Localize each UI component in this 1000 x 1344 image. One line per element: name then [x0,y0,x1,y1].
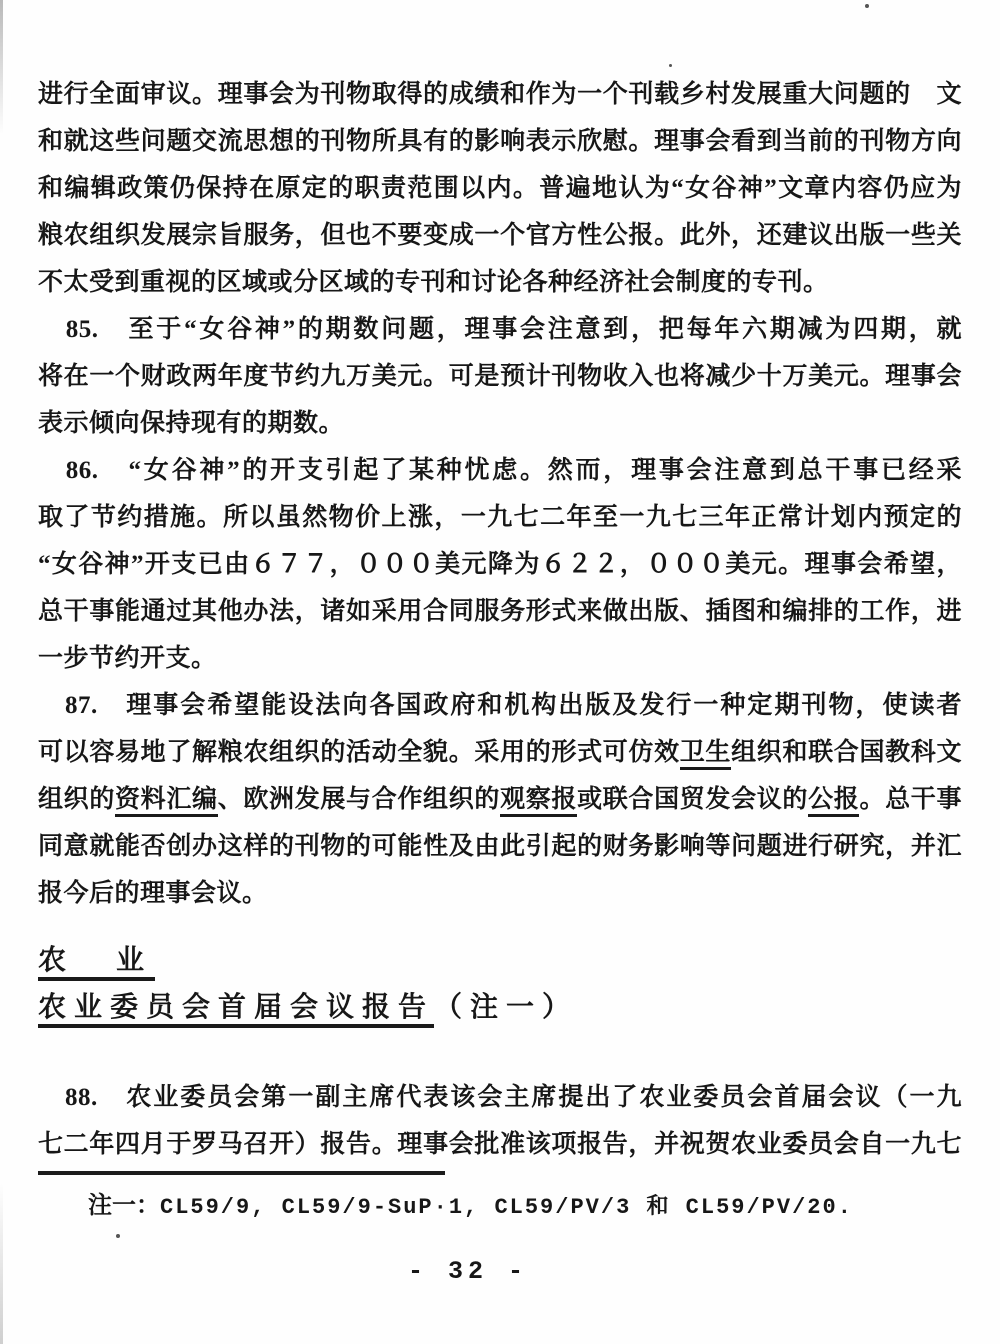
scan-speck [669,64,672,67]
page-number: - 32 - [6,1257,930,1286]
scan-speck [865,4,869,8]
footnote-label: 注一： [88,1193,160,1219]
section-heading: 农 业 [38,938,962,985]
text-line: 86. “女谷神”的开支引起了某种忧虑。然而，理事会注意到总干事已经采 [38,448,962,495]
text-line: 表示倾向保持现有的期数。 [38,401,962,448]
subsection-heading: 农业委员会首届会议报告（注一） [38,985,962,1032]
text-line: 不太受到重视的区域或分区域的专刊和讨论各种经济社会制度的专刊。 [38,260,962,307]
text-line: 85. 至于“女谷神”的期数问题，理事会注意到，把每年六期减为四期，就 [38,307,962,354]
underlined-term: 公报 [808,786,859,817]
underlined-term: 资料汇编 [115,786,218,817]
text-line: 报今后的理事会议。 [38,871,962,918]
underlined-term: 农业委员会首届会议报告 [38,992,434,1028]
text-line: 87. 理事会希望能设法向各国政府和机构出版及发行一种定期刊物，使读者 [38,683,962,730]
underlined-term: 农 业 [38,945,155,981]
text-line: 同意就能否创办这样的刊物的可能性及由此引起的财务影响等问题进行研究，并汇 [38,824,962,871]
page-content: 进行全面审议。理事会为刊物取得的成绩和作为一个刊载乡村发展重大问题的 文章和就这… [38,72,962,1286]
text-line: 七二年四月于罗马召开）报告。理事会批准该项报告，并祝贺农业委员会自一九七 [38,1122,962,1169]
scan-edge-artifact [0,0,3,1344]
text-line: 88. 农业委员会第一副主席代表该会主席提出了农业委员会首届会议（一九 [38,1075,962,1122]
underlined-term: 卫生 [680,739,731,770]
text-line: 进行全面审议。理事会为刊物取得的成绩和作为一个刊载乡村发展重大问题的 文章 [38,72,962,119]
text-line: 粮农组织发展宗旨服务，但也不要变成一个官方性公报。此外，还建议出版一些关于 [38,213,962,260]
document-page: 进行全面审议。理事会为刊物取得的成绩和作为一个刊载乡村发展重大问题的 文章和就这… [0,0,1000,1344]
footnote: 注一：CL59/9, CL59/9-SuP·1, CL59/PV/3 和 CL5… [38,1185,962,1227]
underlined-term: 观察报 [500,786,577,817]
footnote-references: CL59/9, CL59/9-SuP·1, CL59/PV/3 和 CL59/P… [160,1195,853,1220]
text-line: 组织的资料汇编、欧洲发展与合作组织的观察报或联合国贸发会议的公报。总干事 [38,777,962,824]
text-line: 和编辑政策仍保持在原定的职责范围以内。普遍地认为“女谷神”文章内容仍应为 [38,166,962,213]
footnote-divider [38,1171,445,1175]
text-line: 和就这些问题交流思想的刊物所具有的影响表示欣慰。理事会看到当前的刊物方向 [38,119,962,166]
text-line: 可以容易地了解粮农组织的活动全貌。采用的形式可仿效卫生组织和联合国教科文 [38,730,962,777]
text-line: 总干事能通过其他办法，诸如采用合同服务形式来做出版、插图和编排的工作，进 [38,589,962,636]
text-line: “女谷神”开支已由６７７，０００美元降为６２２，０００美元。理事会希望， [38,542,962,589]
text-flow: 进行全面审议。理事会为刊物取得的成绩和作为一个刊载乡村发展重大问题的 文章和就这… [38,72,962,1169]
text-line: 取了节约措施。所以虽然物价上涨，一九七二年至一九七三年正常计划内预定的 [38,495,962,542]
text-line: 一步节约开支。 [38,636,962,683]
text-line: 将在一个财政两年度节约九万美元。可是预计刊物收入也将减少十万美元。理事会 [38,354,962,401]
